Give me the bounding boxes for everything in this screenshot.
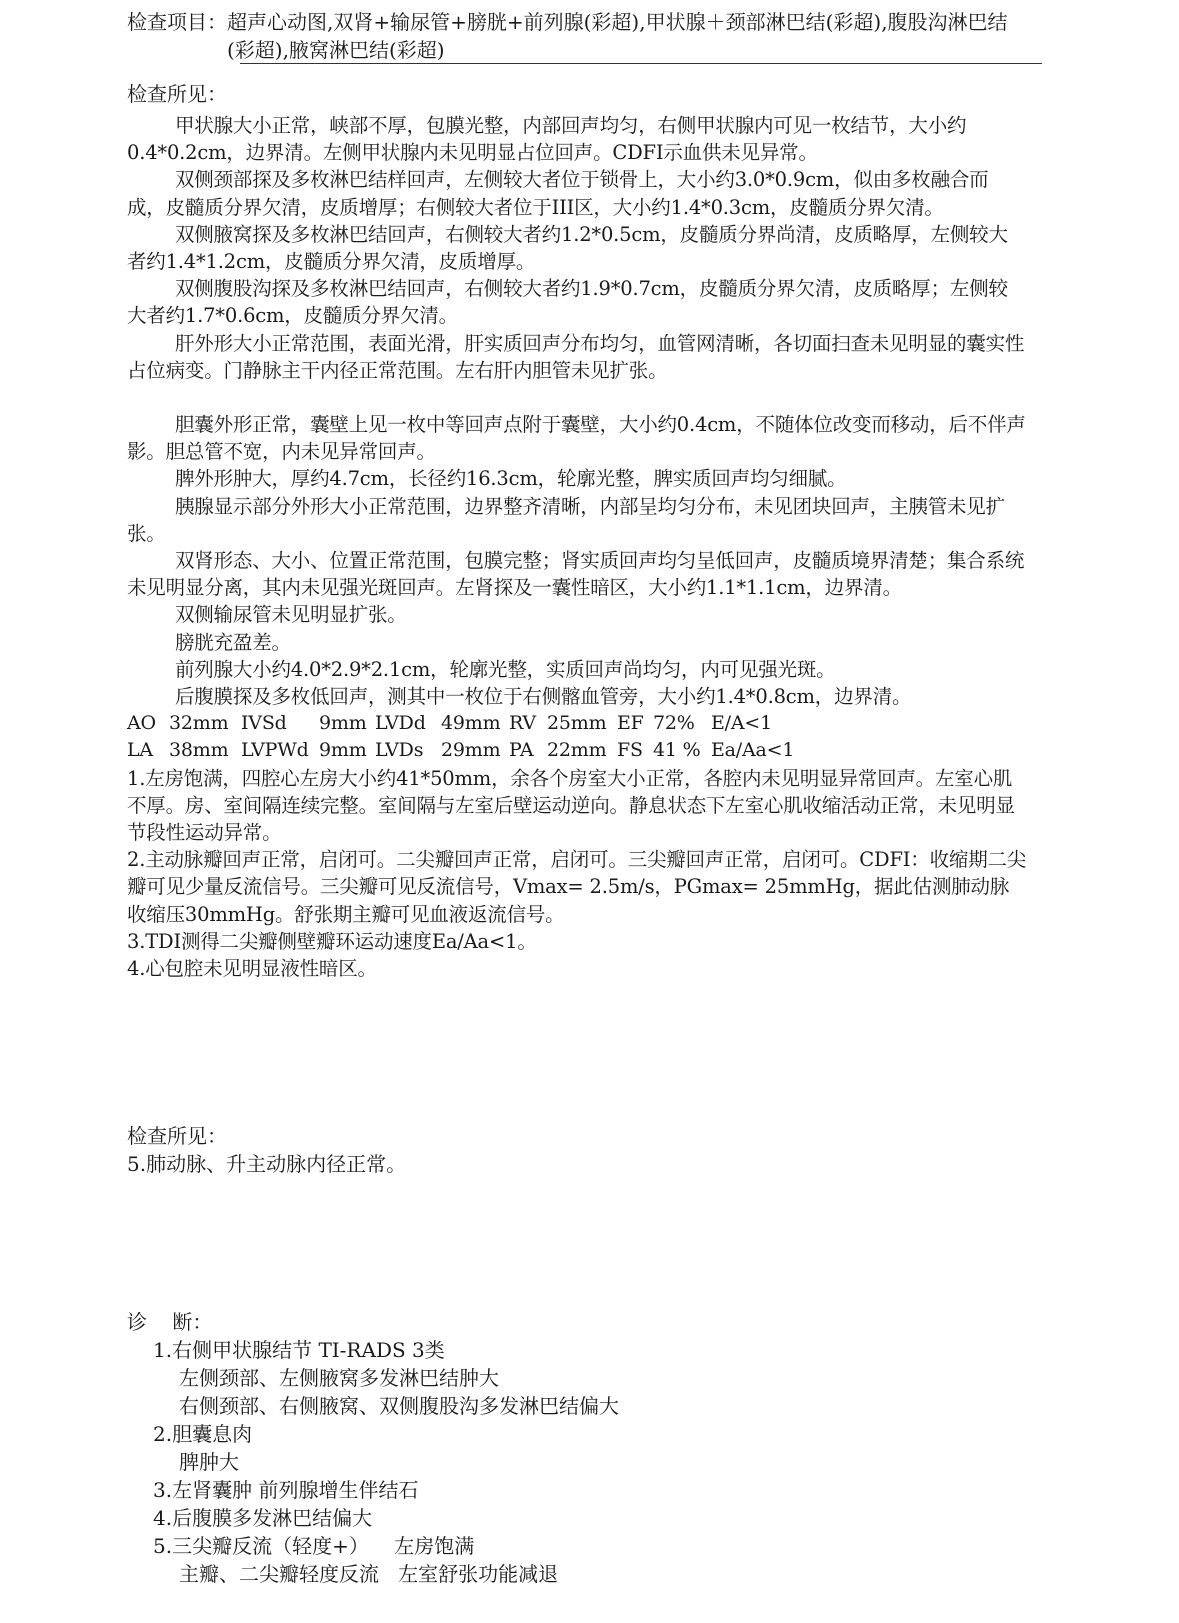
echo-value: 72% bbox=[653, 710, 711, 737]
echo-row: LA 38mm LVPWd 9mm LVDs 29mm PA 22mm FS 4… bbox=[127, 737, 794, 764]
echo-ratio: Ea/Aa<1 bbox=[711, 737, 794, 764]
diagnosis-item-2: 2.胆囊息肉 bbox=[153, 1420, 619, 1448]
finding-aorta: 5.肺动脉、升主动脉内径正常。 bbox=[127, 1150, 406, 1178]
finding-prostate: 前列腺大小约4.0*2.9*2.1cm，轮廓光整，实质回声尚均匀，内可见强光斑。 bbox=[127, 656, 1027, 683]
diagnosis-item-4: 4.后腹膜多发淋巴结偏大 bbox=[153, 1504, 619, 1532]
echo-finding-2: 2.主动脉瓣回声正常，启闭可。二尖瓣回声正常，启闭可。三尖瓣回声正常，启闭可。C… bbox=[127, 846, 1027, 928]
exam-items: 检查项目： 超声心动图,双肾+输尿管+膀胱+前列腺(彩超),甲状腺＋颈部淋巴结(… bbox=[127, 8, 1029, 64]
findings2-title: 检查所见： bbox=[127, 1122, 227, 1150]
echo-label: AO bbox=[127, 710, 169, 737]
echo-label: RV bbox=[509, 710, 547, 737]
echo-label: LVPWd bbox=[241, 737, 319, 764]
diagnosis-sub: 左侧颈部、左侧腋窝多发淋巴结肿大 bbox=[179, 1364, 619, 1392]
finding-spleen: 脾外形肿大，厚约4.7cm，长径约16.3cm，轮廓光整，脾实质回声均匀细腻。 bbox=[127, 465, 1027, 492]
diagnosis-title: 诊 断： bbox=[127, 1308, 619, 1336]
echo-value: 9mm bbox=[319, 737, 375, 764]
echo-label: IVSd bbox=[241, 710, 319, 737]
finding-neck-lymph: 双侧颈部探及多枚淋巴结样回声，左侧较大者位于锁骨上，大小约3.0*0.9cm，似… bbox=[127, 166, 1027, 220]
finding-inguinal-lymph: 双侧腹股沟探及多枚淋巴结回声，右侧较大者约1.9*0.7cm，皮髓质分界欠清，皮… bbox=[127, 275, 1027, 329]
finding-bladder: 膀胱充盈差。 bbox=[127, 629, 1027, 656]
finding-axillary-lymph: 双侧腋窝探及多枚淋巴结回声，右侧较大者约1.2*0.5cm，皮髓质分界尚清，皮质… bbox=[127, 221, 1027, 275]
echo-value: 38mm bbox=[169, 737, 241, 764]
echo-value: 41 % bbox=[653, 737, 711, 764]
finding-pancreas: 胰腺显示部分外形大小正常范围，边界整齐清晰，内部呈均匀分布，未见团块回声，主胰管… bbox=[127, 493, 1027, 547]
echo-finding-1: 1.左房饱满，四腔心左房大小约41*50mm，余各个房室大小正常，各腔内未见明显… bbox=[127, 765, 1027, 847]
finding-retroperitoneum: 后腹膜探及多枚低回声，测其中一枚位于右侧髂血管旁，大小约1.4*0.8cm，边界… bbox=[127, 683, 1027, 710]
header-underline bbox=[240, 63, 1042, 64]
exam-items-value: 超声心动图,双肾+输尿管+膀胱+前列腺(彩超),甲状腺＋颈部淋巴结(彩超),腹股… bbox=[227, 8, 1029, 64]
echo-value: 29mm bbox=[441, 737, 509, 764]
diagnosis-item-5: 5.三尖瓣反流（轻度+） 左房饱满 bbox=[153, 1532, 619, 1560]
findings-body: 甲状腺大小正常，峡部不厚，包膜光整，内部回声均匀，右侧甲状腺内可见一枚结节，大小… bbox=[127, 112, 1027, 982]
diagnosis-sub: 主瓣、二尖瓣轻度反流 左室舒张功能减退 bbox=[179, 1560, 619, 1588]
paragraph-gap bbox=[127, 384, 1027, 411]
echo-label: EF bbox=[617, 710, 653, 737]
echo-value: 25mm bbox=[547, 710, 617, 737]
finding-ureters: 双侧输尿管未见明显扩张。 bbox=[127, 601, 1027, 628]
finding-kidneys: 双肾形态、大小、位置正常范围，包膜完整；肾实质回声均匀呈低回声，皮髓质境界清楚；… bbox=[127, 547, 1027, 601]
diagnosis-item-3: 3.左肾囊肿 前列腺增生伴结石 bbox=[153, 1476, 619, 1504]
echo-value: 22mm bbox=[547, 737, 617, 764]
echo-value: 49mm bbox=[441, 710, 509, 737]
diagnosis-item-1: 1.右侧甲状腺结节 TI-RADS 3类 bbox=[153, 1336, 619, 1364]
finding-liver: 肝外形大小正常范围，表面光滑，肝实质回声分布均匀，血管网清晰，各切面扫查未见明显… bbox=[127, 330, 1027, 384]
echo-label: FS bbox=[617, 737, 653, 764]
echo-label: PA bbox=[509, 737, 547, 764]
echo-label: LA bbox=[127, 737, 169, 764]
findings-title: 检查所见： bbox=[127, 80, 227, 108]
diagnosis-sub: 右侧颈部、右侧腋窝、双侧腹股沟多发淋巴结偏大 bbox=[179, 1392, 619, 1420]
echo-measurements-table: AO 32mm IVSd 9mm LVDd 49mm RV 25mm EF 72… bbox=[127, 710, 794, 764]
echo-finding-3: 3.TDI测得二尖瓣侧壁瓣环运动速度Ea/Aa<1。 bbox=[127, 928, 1027, 955]
ultrasound-report: 检查项目： 超声心动图,双肾+输尿管+膀胱+前列腺(彩超),甲状腺＋颈部淋巴结(… bbox=[0, 0, 1179, 1623]
echo-row: AO 32mm IVSd 9mm LVDd 49mm RV 25mm EF 72… bbox=[127, 710, 794, 737]
echo-ratio: E/A<1 bbox=[711, 710, 794, 737]
echo-label: LVDs bbox=[375, 737, 441, 764]
echo-finding-4: 4.心包腔未见明显液性暗区。 bbox=[127, 955, 1027, 982]
echo-value: 32mm bbox=[169, 710, 241, 737]
finding-gallbladder: 胆囊外形正常，囊壁上见一枚中等回声点附于囊壁，大小约0.4cm，不随体位改变而移… bbox=[127, 411, 1027, 465]
echo-value: 9mm bbox=[319, 710, 375, 737]
diagnosis-section: 诊 断： 1.右侧甲状腺结节 TI-RADS 3类 左侧颈部、左侧腋窝多发淋巴结… bbox=[127, 1308, 619, 1588]
echo-label: LVDd bbox=[375, 710, 441, 737]
exam-items-label: 检查项目： bbox=[127, 8, 227, 64]
diagnosis-sub: 脾肿大 bbox=[179, 1448, 619, 1476]
finding-thyroid: 甲状腺大小正常，峡部不厚，包膜光整，内部回声均匀，右侧甲状腺内可见一枚结节，大小… bbox=[127, 112, 1027, 166]
